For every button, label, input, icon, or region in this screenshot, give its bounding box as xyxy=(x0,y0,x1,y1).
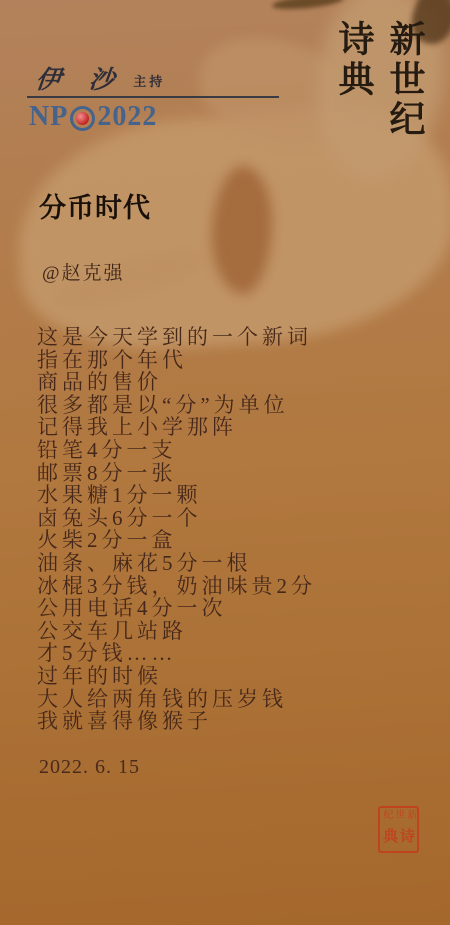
poem-line: 公用电话4分一次 xyxy=(37,597,316,620)
masthead-column-right: 新世纪 xyxy=(387,20,423,140)
poem-line: 我就喜得像猴子 xyxy=(37,710,316,733)
poem-line: 才5分钱…… xyxy=(37,642,316,665)
seal-stamp: 新世纪 诗典 xyxy=(378,806,419,853)
poem-line: 水果糖1分一颗 xyxy=(37,484,316,507)
poem-line: 邮票8分一张 xyxy=(37,462,316,485)
masthead-vertical-title: 新世纪 诗典 xyxy=(336,20,423,140)
poem-date: 2022. 6. 15 xyxy=(39,756,140,779)
dark-brush-streak xyxy=(272,0,345,12)
masthead-column-left: 诗典 xyxy=(336,20,372,140)
poem-line: 火柴2分一盒 xyxy=(37,529,316,552)
host-line: 伊 沙主持 xyxy=(36,60,165,96)
poem-author: @赵克强 xyxy=(42,258,125,285)
seal-column-left: 诗典 xyxy=(381,828,414,850)
poem-line: 很多都是以“分”为单位 xyxy=(37,394,316,417)
seal-column-right: 新世纪 xyxy=(381,809,416,828)
npc-ring-icon xyxy=(70,106,95,131)
poem-line: 指在那个年代 xyxy=(37,349,316,372)
poem-line: 油条、麻花5分一根 xyxy=(37,552,316,575)
npc-red-dot-icon xyxy=(76,112,89,125)
npc-2022-logo: NP 2022 xyxy=(29,101,157,133)
poem-line: 冰棍3分钱，奶油味贵2分 xyxy=(37,575,316,598)
poem-body: 这是今天学到的一个新词 指在那个年代 商品的售价 很多都是以“分”为单位 记得我… xyxy=(37,326,316,733)
poem-line: 记得我上小学那阵 xyxy=(37,416,316,439)
poem-line: 商品的售价 xyxy=(37,371,316,394)
poem-line: 卤兔头6分一个 xyxy=(37,507,316,530)
host-name: 伊 沙 xyxy=(34,60,127,96)
host-role-label: 主持 xyxy=(133,74,165,89)
poem-line: 大人给两角钱的压岁钱 xyxy=(37,688,316,711)
poem-poster: 伊 沙主持 NP 2022 新世纪 诗典 分币时代 @赵克强 这是今天学到的一个… xyxy=(0,0,450,925)
npc-logo-year: 2022 xyxy=(97,101,157,133)
poem-line: 公交车几站路 xyxy=(37,620,316,643)
npc-logo-prefix: NP xyxy=(29,101,68,133)
poem-line: 过年的时候 xyxy=(37,665,316,688)
poem-title: 分币时代 xyxy=(39,186,151,225)
poem-line: 这是今天学到的一个新词 xyxy=(37,326,316,349)
header-divider xyxy=(27,96,279,98)
poem-line: 铅笔4分一支 xyxy=(37,439,316,462)
